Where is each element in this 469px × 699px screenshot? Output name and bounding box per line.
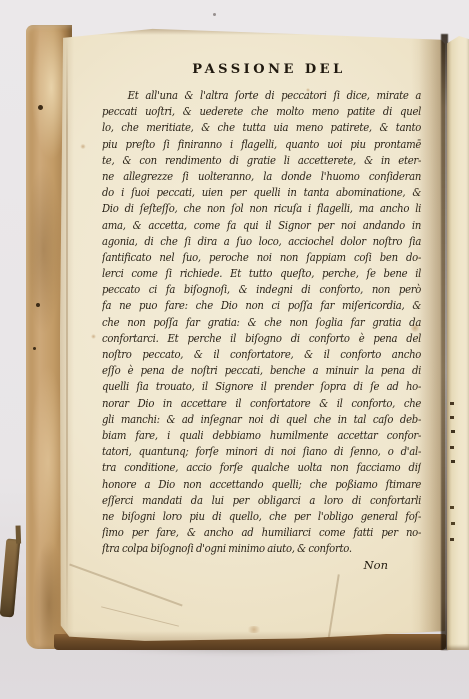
text-line: ne allegrezze ſi uolteranno, la donde l'… bbox=[102, 169, 421, 185]
text-line: che non poſſa far gratia: & che non ſogl… bbox=[102, 315, 421, 331]
catchword: Non bbox=[102, 558, 422, 572]
text-block: PASSIONE DEL Et all'una & l'altra ſorte … bbox=[102, 62, 422, 572]
text-line: Dio di ſeſteſſo, che non ſol non ricuſa … bbox=[102, 201, 421, 217]
book: PASSIONE DEL Et all'una & l'altra ſorte … bbox=[26, 22, 469, 654]
wormhole-mark bbox=[38, 105, 43, 110]
text-line: peccato ci fa biſognoſi, & indegni di co… bbox=[102, 282, 421, 298]
text-line: fa ne puo fare: che Dio non ci poſſa far… bbox=[102, 298, 421, 314]
page-crease bbox=[101, 606, 179, 627]
text-line: quelli ſia trouato, il Signore il prende… bbox=[102, 379, 421, 395]
book-page: PASSIONE DEL Et all'una & l'altra ſorte … bbox=[60, 28, 445, 644]
foxing-stain bbox=[80, 144, 86, 149]
dust-speck bbox=[213, 13, 216, 16]
leather-tie bbox=[0, 539, 20, 618]
text-line: agonia, di che ſi dira a ſuo loco, accio… bbox=[102, 234, 421, 250]
text-line: peccati uoſtri, & uederete che molto men… bbox=[102, 104, 421, 120]
foxing-stain bbox=[246, 626, 262, 633]
text-line: eſſerci mandati da lui per obligarci a l… bbox=[102, 493, 421, 509]
text-line: ama, & accetta, come fa qui il Signor pe… bbox=[102, 218, 421, 234]
text-line: ne biſogni loro piu di quello, che per l… bbox=[102, 509, 421, 525]
body-text: Et all'una & l'altra ſorte di peccatori … bbox=[102, 88, 421, 557]
gutter-shadow bbox=[441, 34, 448, 650]
text-line: tatori, quantunq; forſe minori di noi ſi… bbox=[102, 444, 421, 460]
photo-background: PASSIONE DEL Et all'una & l'altra ſorte … bbox=[0, 0, 469, 699]
facing-page bbox=[447, 36, 469, 650]
page-fold-line bbox=[66, 38, 68, 636]
foxing-stain bbox=[91, 334, 96, 339]
text-line: lerci come ſi richiede. Et tutto queſto,… bbox=[102, 266, 421, 282]
text-line: honore a Dio non accettando quelli; che … bbox=[102, 477, 421, 493]
text-line: te, & con rendimento di gratie li accett… bbox=[102, 153, 421, 169]
wormhole-mark bbox=[33, 347, 36, 350]
text-line: piu preſto ſi finiranno i flagelli, quan… bbox=[102, 137, 421, 153]
wormhole-mark bbox=[36, 303, 40, 307]
text-line: tra conditione, accio forſe qualche uolt… bbox=[102, 460, 421, 476]
text-line: norar Dio in accettare il confortatore &… bbox=[102, 396, 421, 412]
text-line: ſimo per fare, & ancho ad humiliarci com… bbox=[102, 525, 421, 541]
running-title: PASSIONE DEL bbox=[102, 62, 422, 79]
text-line: noſtro peccato, & il confortatore, & il … bbox=[102, 347, 421, 363]
text-line: ſtra colpa biſognoſi d'ogni minimo aiuto… bbox=[102, 541, 421, 557]
text-line: lo, che meritiate, & che tutta uia meno … bbox=[102, 120, 421, 136]
text-line: confortarci. Et perche il biſogno di con… bbox=[102, 331, 421, 347]
text-line: do i ſuoi peccati, uien per quelli in ta… bbox=[102, 185, 421, 201]
foxing-stain bbox=[410, 324, 420, 332]
text-line: biam fare, i quali debbiamo humilmente a… bbox=[102, 428, 421, 444]
text-line: Et all'una & l'altra ſorte di peccatori … bbox=[102, 88, 421, 104]
text-line: eſſo è pena de noſtri peccati, benche a … bbox=[102, 363, 421, 379]
text-line: ſantificato nel ſuo, peroche noi non ſap… bbox=[102, 250, 421, 266]
text-line: gli manchi: & ad inſegnar noi di quel ch… bbox=[102, 412, 421, 428]
facing-page-text-fragments bbox=[450, 402, 454, 405]
